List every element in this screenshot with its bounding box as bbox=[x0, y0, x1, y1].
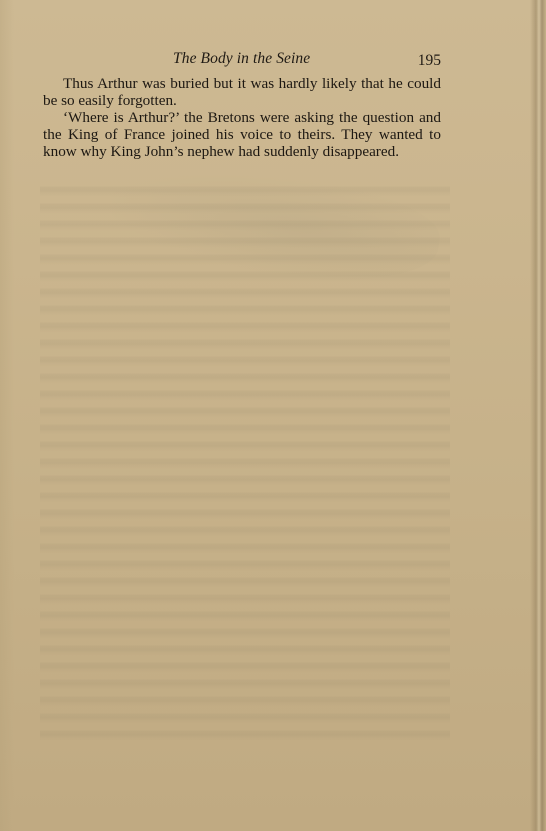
page-number: 195 bbox=[418, 52, 441, 70]
paragraph: Thus Arthur was buried but it was hardly… bbox=[43, 75, 441, 109]
book-page: The Body in the Seine 195 Thus Arthur wa… bbox=[0, 0, 546, 831]
show-through-text bbox=[40, 180, 450, 740]
running-head: The Body in the Seine 195 bbox=[43, 50, 441, 72]
body-text: Thus Arthur was buried but it was hardly… bbox=[43, 75, 441, 160]
paragraph: ‘Where is Arthur?’ the Bretons were aski… bbox=[43, 109, 441, 160]
show-through-ornament bbox=[95, 152, 446, 298]
running-title: The Body in the Seine bbox=[173, 50, 310, 68]
